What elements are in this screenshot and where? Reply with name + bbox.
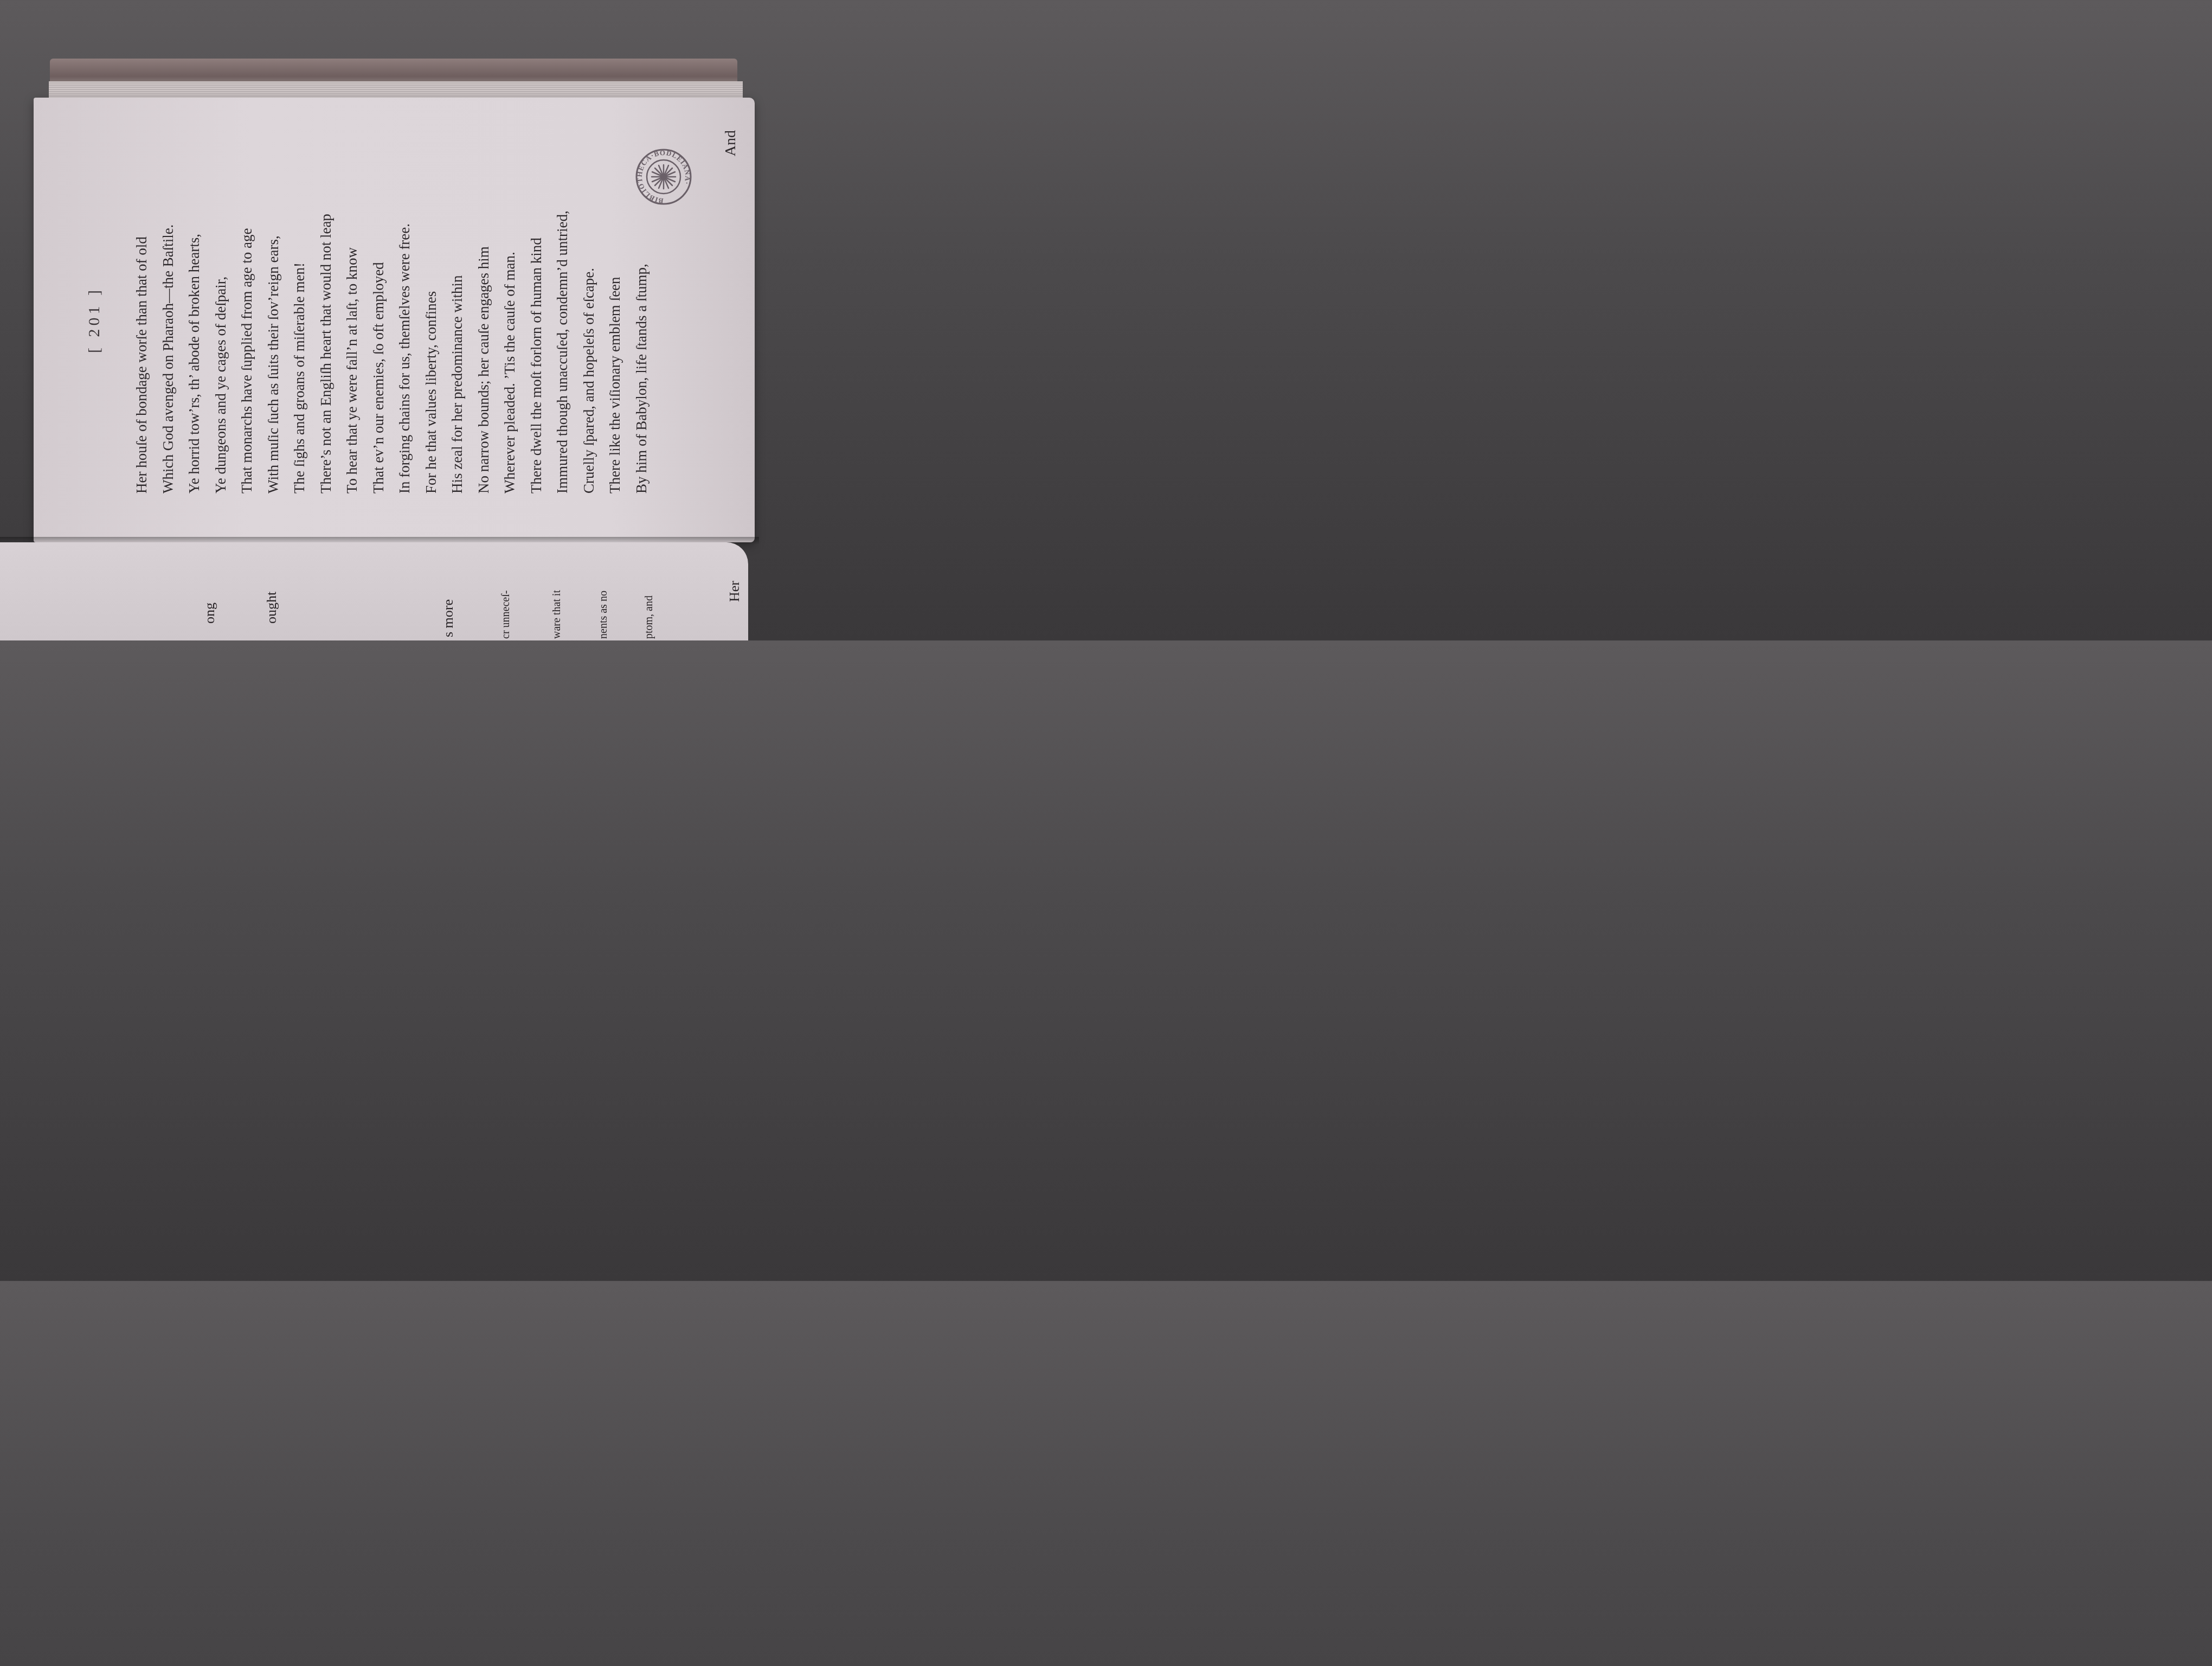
poem-line: No narrow bounds; her cauſe engages him bbox=[471, 114, 497, 494]
left-page: ong ought s more cr unneceſ- ware that i… bbox=[0, 542, 748, 640]
poem-line: Cruelly ſpared, and hopeleſs of eſcape. bbox=[576, 114, 602, 494]
left-page-fragment: ought bbox=[263, 592, 280, 624]
poem-line: The ſighs and groans of miſerable men! bbox=[286, 114, 313, 494]
left-page-fragment: s more bbox=[440, 599, 456, 637]
left-page-fragment: nents as no bbox=[597, 591, 610, 639]
poem-line: With muſic ſuch as ſuits their ſov’reign… bbox=[260, 114, 287, 494]
sun-icon: BIBLIOTHECA·BODLEIANA· bbox=[634, 148, 693, 206]
poem-line: There’s not an Engliſh heart that would … bbox=[313, 114, 339, 494]
poem-line: Ye horrid tow’rs, th’ abode of broken he… bbox=[181, 114, 208, 494]
left-page-fragment: ptom, and bbox=[643, 595, 655, 639]
left-page-fragment: ware that it bbox=[551, 590, 563, 639]
left-page-fragment: ong bbox=[202, 603, 218, 624]
poem-line: Which God avenged on Pharaoh—the Baſtile… bbox=[155, 114, 182, 494]
poem-line: That ev’n our enemies, ſo oft employed bbox=[365, 114, 392, 494]
catchword: And bbox=[722, 130, 740, 156]
poem-line: Ye dungeons and ye cages of deſpair, bbox=[208, 114, 234, 494]
poem-line: For he that values liberty, confines bbox=[418, 114, 445, 494]
library-stamp: BIBLIOTHECA·BODLEIANA· bbox=[634, 148, 693, 206]
poem-line: Immured though unaccuſed, condemn’d untr… bbox=[549, 114, 576, 494]
page-number-header: [ 201 ] bbox=[85, 98, 104, 542]
right-page: [ 201 ] Her houſe of bondage worſe than … bbox=[34, 98, 755, 542]
poem-line: To hear that ye were fall’n at laſt, to … bbox=[339, 114, 365, 494]
poem-line: His zeal for her predominance within bbox=[444, 114, 471, 494]
right-page-content: [ 201 ] Her houſe of bondage worſe than … bbox=[34, 98, 755, 542]
poem-line: In forging chains for us, themſelves wer… bbox=[391, 114, 418, 494]
poem-line: There like the viſionary emblem ſeen bbox=[602, 114, 628, 494]
poem-line: That monarchs have ſupplied from age to … bbox=[234, 114, 260, 494]
poem-line: Her houſe of bondage worſe than that of … bbox=[128, 114, 155, 494]
left-page-fragment: Her bbox=[726, 581, 743, 602]
poem-text: Her houſe of bondage worſe than that of … bbox=[128, 114, 654, 494]
left-page-fragment: cr unneceſ- bbox=[500, 591, 512, 639]
poem-line: Wherever pleaded. ’Tis the cauſe of man. bbox=[497, 114, 523, 494]
poem-line: There dwell the moſt forlorn of human ki… bbox=[523, 114, 550, 494]
